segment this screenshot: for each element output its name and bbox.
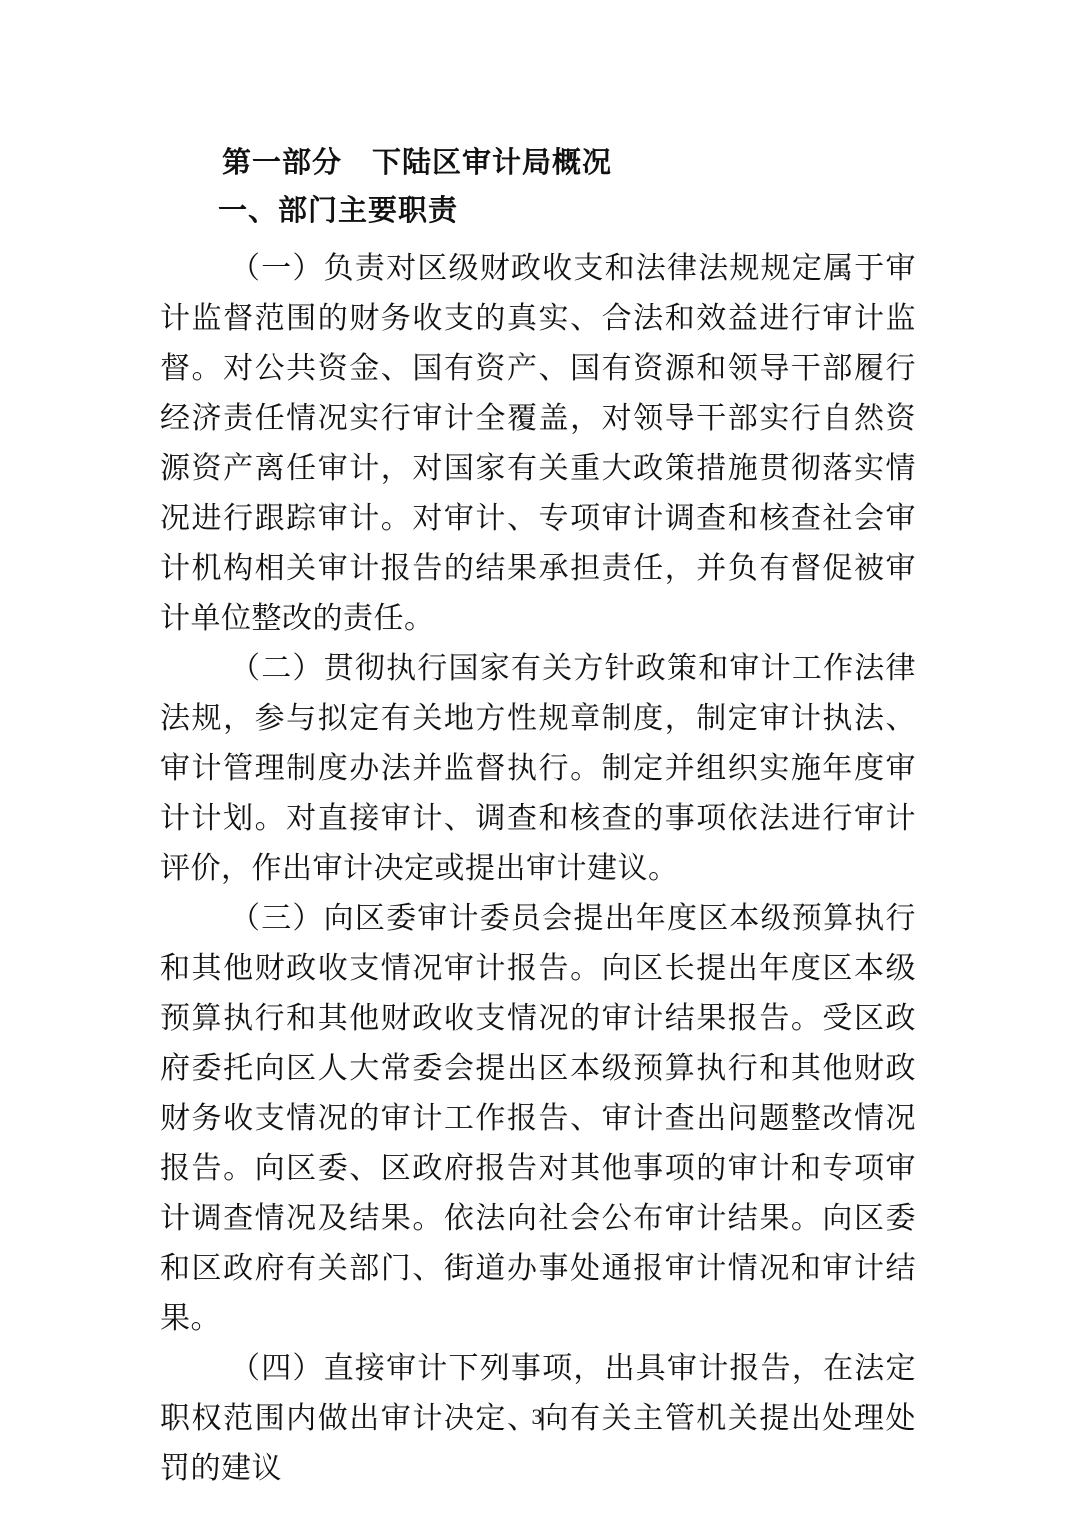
page-number: 3	[0, 1402, 1074, 1432]
paragraph-duty-2: （二）贯彻执行国家有关方针政策和审计工作法律法规，参与拟定有关地方性规章制度，制…	[160, 644, 916, 894]
paragraph-duty-1: （一）负责对区级财政收支和法律法规规定属于审计监督范围的财务收支的真实、合法和效…	[160, 244, 916, 644]
document-page: 第一部分 下陆区审计局概况 一、部门主要职责 （一）负责对区级财政收支和法律法规…	[0, 0, 1074, 1520]
subsection-heading: 一、部门主要职责	[160, 194, 916, 228]
paragraph-duty-3: （三）向区委审计委员会提出年度区本级预算执行和其他财政收支情况审计报告。向区长提…	[160, 894, 916, 1344]
section-heading: 第一部分 下陆区审计局概况	[160, 146, 916, 180]
document-content: 第一部分 下陆区审计局概况 一、部门主要职责 （一）负责对区级财政收支和法律法规…	[160, 146, 916, 1494]
body-text: （一）负责对区级财政收支和法律法规规定属于审计监督范围的财务收支的真实、合法和效…	[160, 244, 916, 1494]
